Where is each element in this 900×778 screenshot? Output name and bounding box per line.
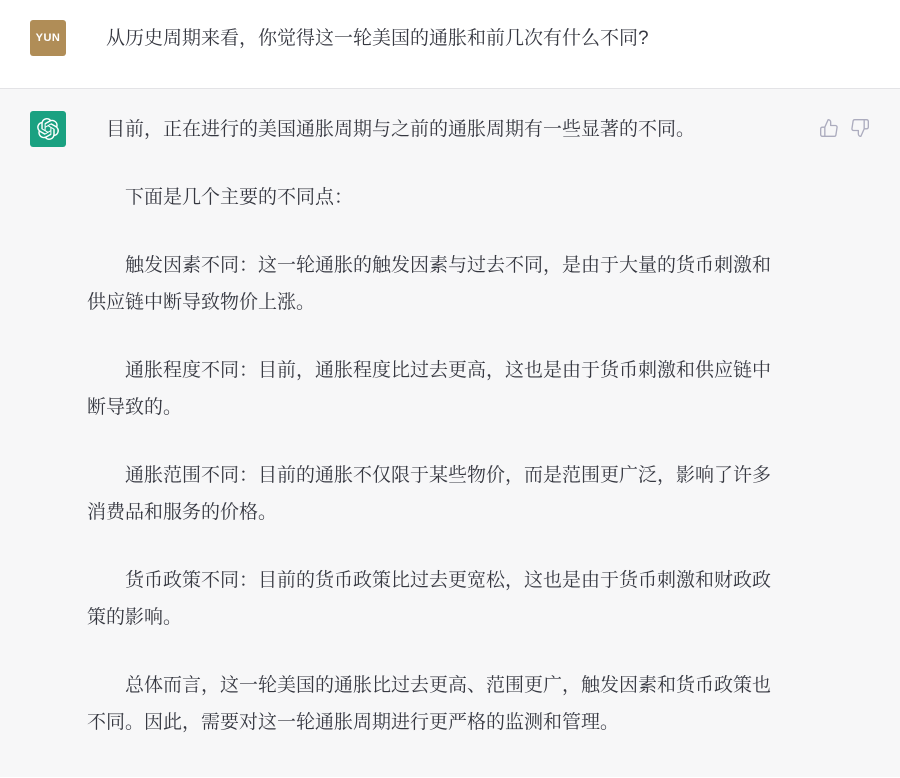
message-actions: [819, 118, 870, 138]
user-message-text: 从历史周期来看，你觉得这一轮美国的通胀和前几次有什么不同?: [87, 20, 782, 57]
user-message: YUN 从历史周期来看，你觉得这一轮美国的通胀和前几次有什么不同?: [0, 0, 900, 88]
thumbs-down-button[interactable]: [850, 118, 870, 138]
thumbs-down-icon: [850, 118, 870, 138]
assistant-paragraph: 货币政策不同：目前的货币政策比过去更宽松，这也是由于货币刺激和财政政策的影响。: [87, 562, 782, 636]
assistant-paragraph: 触发因素不同：这一轮通胀的触发因素与过去不同，是由于大量的货币刺激和供应链中断导…: [87, 247, 782, 321]
chat-thread: YUN 从历史周期来看，你觉得这一轮美国的通胀和前几次有什么不同? 目前，正在进…: [0, 0, 900, 778]
assistant-paragraph: 通胀范围不同：目前的通胀不仅限于某些物价，而是范围更广泛，影响了许多消费品和服务…: [87, 457, 782, 531]
openai-logo-icon: [37, 118, 59, 140]
user-avatar: YUN: [30, 20, 66, 56]
assistant-paragraph: 总体而言，这一轮美国的通胀比过去更高、范围更广，触发因素和货币政策也不同。因此，…: [87, 667, 782, 741]
chatgpt-avatar: [30, 111, 66, 147]
user-avatar-label: YUN: [36, 32, 61, 44]
assistant-paragraph: 通胀程度不同：目前，通胀程度比过去更高，这也是由于货币刺激和供应链中断导致的。: [87, 352, 782, 426]
assistant-message-text: 目前，正在进行的美国通胀周期与之前的通胀周期有一些显著的不同。 下面是几个主要的…: [87, 111, 782, 741]
assistant-paragraph: 下面是几个主要的不同点：: [87, 179, 782, 216]
thumbs-up-button[interactable]: [819, 118, 839, 138]
thumbs-up-icon: [819, 118, 839, 138]
assistant-message: 目前，正在进行的美国通胀周期与之前的通胀周期有一些显著的不同。 下面是几个主要的…: [0, 88, 900, 777]
assistant-paragraph: 目前，正在进行的美国通胀周期与之前的通胀周期有一些显著的不同。: [87, 111, 782, 148]
